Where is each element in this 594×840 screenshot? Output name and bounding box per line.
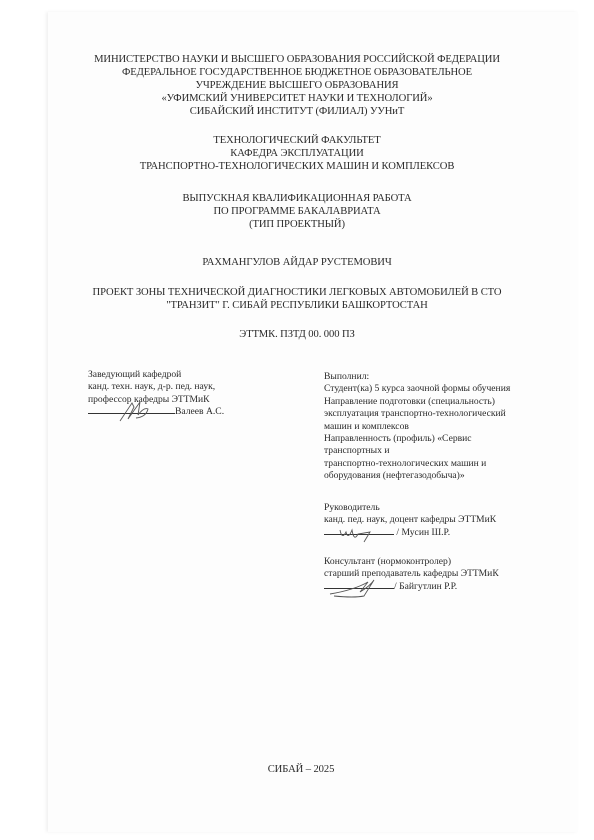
hod-line: канд. техн. наук, д-р. пед. наук,	[88, 381, 224, 393]
hod-signature-row: Валеев А.С.	[88, 406, 224, 418]
supervisor-signature-row: / Мусин Ш.Р.	[324, 527, 496, 539]
department-line: ТЕХНОЛОГИЧЕСКИЙ ФАКУЛЬТЕТ	[0, 134, 594, 147]
department-line: ТРАНСПОРТНО-ТЕХНОЛОГИЧЕСКИХ МАШИН И КОМП…	[0, 160, 594, 173]
performed-line: оборудования (нефтегазодобыча)»	[324, 470, 510, 482]
consultant-name: / Байгутлин Р.Р.	[394, 581, 457, 592]
thesis-title: ПРОЕКТ ЗОНЫ ТЕХНИЧЕСКОЙ ДИАГНОСТИКИ ЛЕГК…	[0, 286, 594, 312]
work-type-line: ПО ПРОГРАММЕ БАКАЛАВРИАТА	[0, 205, 594, 218]
supervisor-block: Руководитель канд. пед. наук, доцент каф…	[324, 502, 496, 539]
performed-line: Направленность (профиль) «Сервис	[324, 433, 510, 445]
signature-line	[324, 534, 394, 535]
performed-line: транспортно-технологических машин и	[324, 458, 510, 470]
performed-line: Направление подготовки (специальность)	[324, 396, 510, 408]
city-year: СИБАЙ – 2025	[4, 763, 594, 776]
consultant-line: Консультант (нормоконтролер)	[324, 556, 499, 568]
header-line: СИБАЙСКИЙ ИНСТИТУТ (ФИЛИАЛ) УУНиТ	[0, 105, 594, 118]
consultant-block: Консультант (нормоконтролер) старший пре…	[324, 556, 499, 593]
hod-line: Заведующий кафедрой	[88, 369, 224, 381]
title-line: "ТРАНЗИТ" Г. СИБАЙ РЕСПУБЛИКИ БАШКОРТОСТ…	[0, 299, 594, 312]
consultant-signature-row: / Байгутлин Р.Р.	[324, 581, 499, 593]
author-block: РАХМАНГУЛОВ АЙДАР РУСТЕМОВИЧ	[0, 256, 594, 269]
signature-line	[324, 588, 394, 589]
performed-line: транспортных и	[324, 445, 510, 457]
supervisor-line: канд. пед. наук, доцент кафедры ЭТТМиК	[324, 514, 496, 526]
supervisor-name: / Мусин Ш.Р.	[396, 527, 450, 538]
hod-name: Валеев А.С.	[175, 406, 224, 417]
work-type-line: ВЫПУСКНАЯ КВАЛИФИКАЦИОННАЯ РАБОТА	[0, 192, 594, 205]
hod-line: профессор кафедры ЭТТМиК	[88, 394, 224, 406]
consultant-line: старший преподаватель кафедры ЭТТМиК	[324, 568, 499, 580]
performed-line: Выполнил:	[324, 371, 510, 383]
work-type-block: ВЫПУСКНАЯ КВАЛИФИКАЦИОННАЯ РАБОТА ПО ПРО…	[0, 192, 594, 231]
header-line: МИНИСТЕРСТВО НАУКИ И ВЫСШЕГО ОБРАЗОВАНИЯ…	[0, 53, 594, 66]
signature-line	[88, 413, 175, 414]
work-type-line: (ТИП ПРОЕКТНЫЙ)	[0, 218, 594, 231]
header-line: УЧРЕЖДЕНИЕ ВЫСШЕГО ОБРАЗОВАНИЯ	[0, 79, 594, 92]
header-line: ФЕДЕРАЛЬНОЕ ГОСУДАРСТВЕННОЕ БЮДЖЕТНОЕ ОБ…	[0, 66, 594, 79]
doc-code-block: ЭТТМК. ПЗТД 00. 000 ПЗ	[0, 328, 594, 341]
header-line: «УФИМСКИЙ УНИВЕРСИТЕТ НАУКИ И ТЕХНОЛОГИЙ…	[0, 92, 594, 105]
supervisor-line: Руководитель	[324, 502, 496, 514]
author-name: РАХМАНГУЛОВ АЙДАР РУСТЕМОВИЧ	[0, 256, 594, 269]
footer-block: СИБАЙ – 2025	[4, 763, 594, 776]
performed-line: Студент(ка) 5 курса заочной формы обучен…	[324, 383, 510, 395]
performed-by-block: Выполнил: Студент(ка) 5 курса заочной фо…	[324, 371, 510, 483]
performed-line: машин и комплексов	[324, 421, 510, 433]
institution-header: МИНИСТЕРСТВО НАУКИ И ВЫСШЕГО ОБРАЗОВАНИЯ…	[0, 53, 594, 118]
department-block: ТЕХНОЛОГИЧЕСКИЙ ФАКУЛЬТЕТ КАФЕДРА ЭКСПЛУ…	[0, 134, 594, 173]
doc-code: ЭТТМК. ПЗТД 00. 000 ПЗ	[0, 328, 594, 341]
head-of-department-block: Заведующий кафедрой канд. техн. наук, д-…	[88, 369, 224, 419]
title-line: ПРОЕКТ ЗОНЫ ТЕХНИЧЕСКОЙ ДИАГНОСТИКИ ЛЕГК…	[0, 286, 594, 299]
department-line: КАФЕДРА ЭКСПЛУАТАЦИИ	[0, 147, 594, 160]
performed-line: эксплуатация транспортно-технологический	[324, 408, 510, 420]
